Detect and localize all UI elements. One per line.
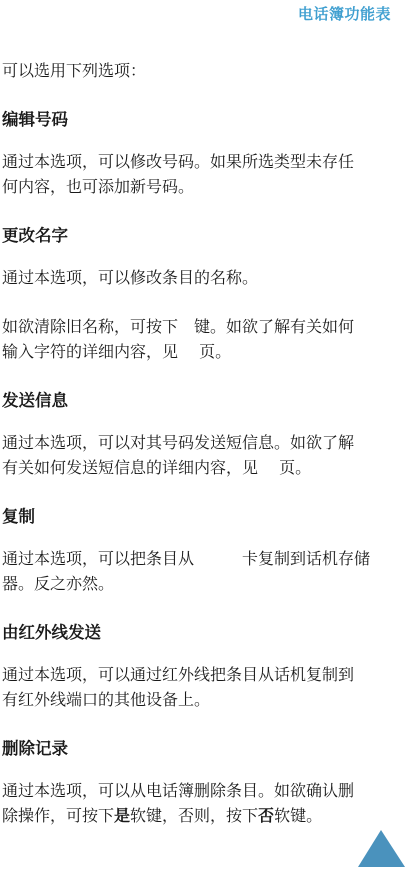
paragraph-segment: 除操作，可按下 — [2, 806, 114, 825]
section-heading-copy: 复制 — [2, 504, 407, 529]
paragraph-line: 通过本选项，可以修改条目的名称。 — [2, 265, 407, 290]
paragraph: 通过本选项，可以把条目从 卡复制到话机存储 器。反之亦然。 — [2, 546, 407, 596]
paragraph-line: 通过本选项，可以修改号码。如果所选类型未存任 — [2, 149, 407, 174]
no-softkey-label: 否 — [258, 806, 274, 825]
page-header-label: 电话簿功能表 — [298, 3, 391, 24]
page-content: 可以选用下列选项： 编辑号码 通过本选项，可以修改号码。如果所选类型未存任 何内… — [0, 0, 407, 828]
section-heading-delete-entry: 删除记录 — [2, 736, 407, 761]
paragraph: 通过本选项，可以修改条目的名称。 — [2, 265, 407, 290]
paragraph-line: 有关如何发送短信息的详细内容，见 页。 — [2, 455, 407, 480]
paragraph-line: 通过本选项，可以把条目从 卡复制到话机存储 — [2, 546, 407, 571]
section-heading-send-message: 发送信息 — [2, 388, 407, 413]
paragraph-line: 通过本选项，可以从电话簿删除条目。如欲确认删 — [2, 778, 407, 803]
paragraph-line: 如欲清除旧名称，可按下 键。如欲了解有关如何 — [2, 314, 407, 339]
paragraph-segment: 软键。 — [274, 806, 322, 825]
paragraph: 通过本选项，可以对其号码发送短信息。如欲了解 有关如何发送短信息的详细内容，见 … — [2, 430, 407, 480]
section-heading-edit-number: 编辑号码 — [2, 107, 407, 132]
intro-text: 可以选用下列选项： — [2, 58, 407, 83]
section-heading-change-name: 更改名字 — [2, 223, 407, 248]
paragraph: 通过本选项，可以修改号码。如果所选类型未存任 何内容，也可添加新号码。 — [2, 149, 407, 199]
paragraph-segment: 软键，否则，按下 — [130, 806, 258, 825]
section-heading-send-via-infrared: 由红外线发送 — [2, 620, 407, 645]
paragraph: 通过本选项，可以从电话簿删除条目。如欲确认删 除操作，可按下是软键，否则，按下否… — [2, 778, 407, 828]
paragraph-line: 除操作，可按下是软键，否则，按下否软键。 — [2, 803, 407, 828]
paragraph: 通过本选项，可以通过红外线把条目从话机复制到 有红外线端口的其他设备上。 — [2, 662, 407, 712]
paragraph-line: 器。反之亦然。 — [2, 571, 407, 596]
paragraph-line: 有红外线端口的其他设备上。 — [2, 687, 407, 712]
paragraph-line: 何内容，也可添加新号码。 — [2, 174, 407, 199]
paragraph: 如欲清除旧名称，可按下 键。如欲了解有关如何 输入字符的详细内容，见 页。 — [2, 314, 407, 364]
paragraph-line: 输入字符的详细内容，见 页。 — [2, 339, 407, 364]
paragraph-line: 通过本选项，可以对其号码发送短信息。如欲了解 — [2, 430, 407, 455]
paragraph-line: 通过本选项，可以通过红外线把条目从话机复制到 — [2, 662, 407, 687]
page-corner-triangle-icon — [358, 830, 405, 867]
yes-softkey-label: 是 — [114, 806, 130, 825]
